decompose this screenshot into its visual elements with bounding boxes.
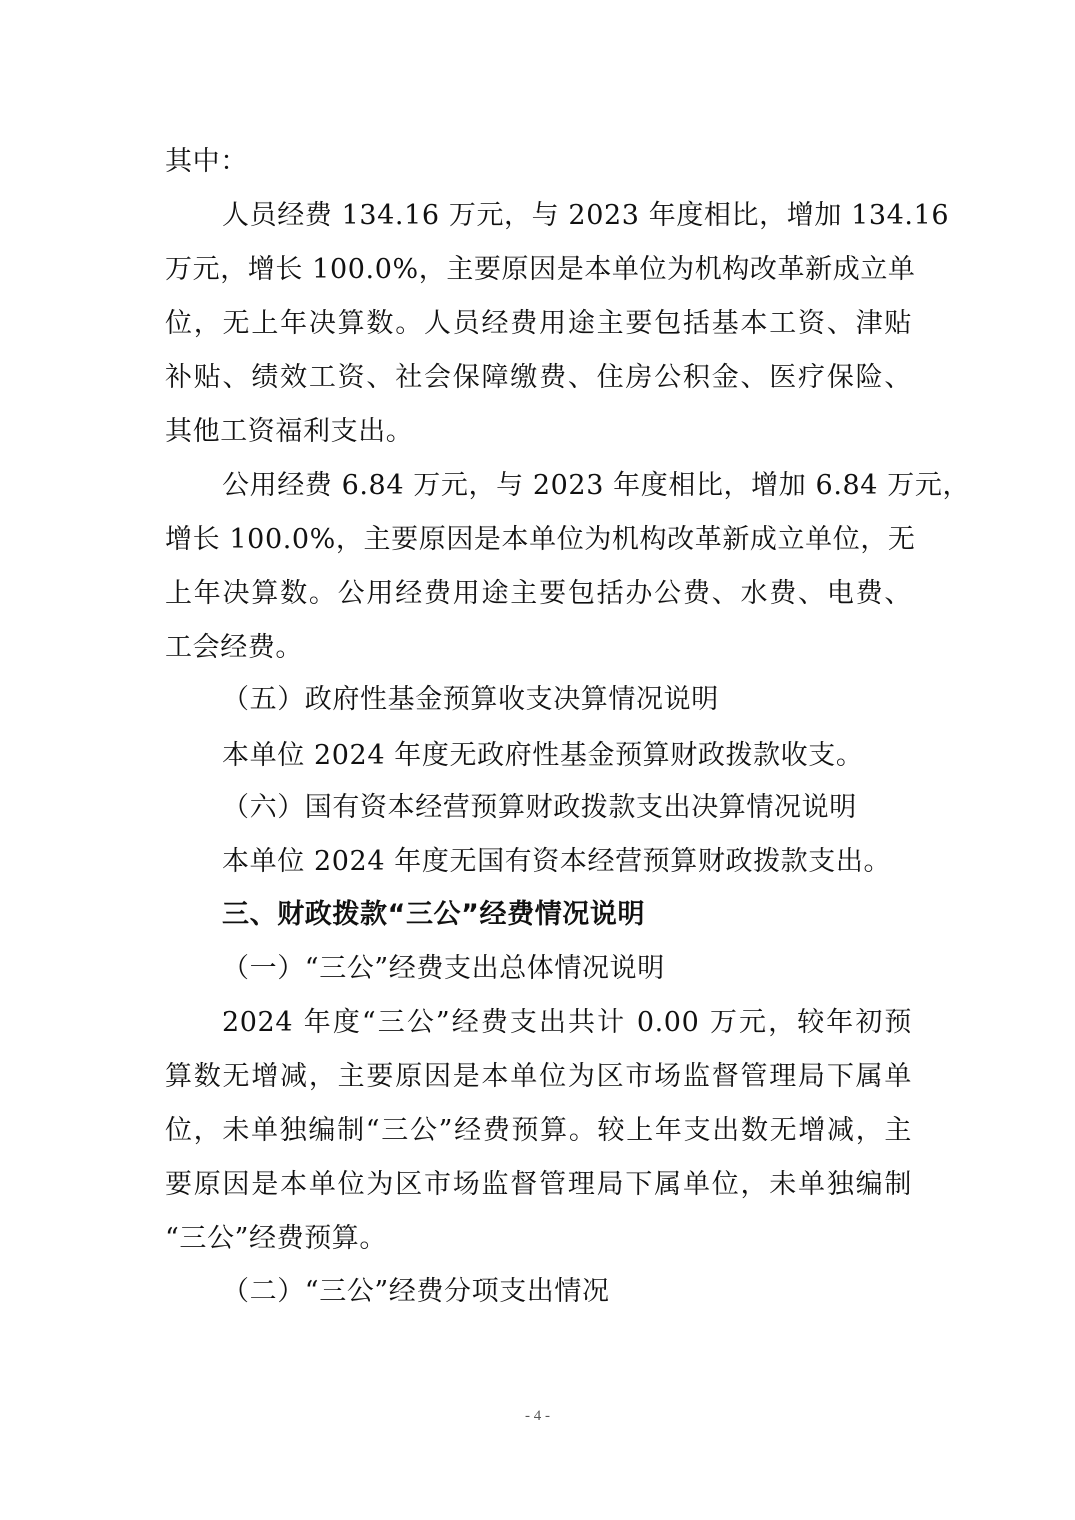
paragraph-public-expense-line-3: 上年决算数。公用经费用途主要包括办公费、水费、电费、 (165, 567, 912, 621)
paragraph-personnel-expense-line-4: 补贴、绩效工资、社会保障缴费、住房公积金、医疗保险、 (165, 351, 912, 405)
section-heading-state-capital: （六）国有资本经营预算财政拨款支出决算情况说明 (222, 781, 912, 835)
document-page: 其中： 人员经费 134.16 万元，与 2023 年度相比，增加 134.16… (0, 0, 1075, 1520)
paragraph-personnel-expense-line-3: 位，无上年决算数。人员经费用途主要包括基本工资、津贴 (165, 297, 912, 351)
section-heading-overall-expenses: （一）“三公”经费支出总体情况说明 (222, 942, 912, 996)
paragraph-public-expense-line-4: 工会经费。 (165, 621, 912, 675)
paragraph-personnel-expense-line-2: 万元，增长 100.0%，主要原因是本单位为机构改革新成立单 (165, 243, 912, 297)
paragraph-public-expense-line-1: 公用经费 6.84 万元，与 2023 年度相比，增加 6.84 万元， (222, 459, 912, 513)
paragraph-overall-expenses-line-5: “三公”经费预算。 (165, 1212, 912, 1266)
section-heading-government-fund: （五）政府性基金预算收支决算情况说明 (222, 673, 912, 727)
paragraph-overall-expenses-line-2: 算数无增减，主要原因是本单位为区市场监督管理局下属单 (165, 1050, 912, 1104)
text-line-qizhong: 其中： (165, 135, 912, 189)
paragraph-government-fund: 本单位 2024 年度无政府性基金预算财政拨款收支。 (222, 729, 912, 783)
section-heading-itemized-expenses: （二）“三公”经费分项支出情况 (222, 1265, 912, 1319)
paragraph-public-expense-line-2: 增长 100.0%，主要原因是本单位为机构改革新成立单位，无 (165, 513, 912, 567)
chapter-heading-three-public-expenses: 三、财政拨款“三公”经费情况说明 (222, 888, 912, 942)
paragraph-overall-expenses-line-4: 要原因是本单位为区市场监督管理局下属单位，未单独编制 (165, 1158, 912, 1212)
paragraph-overall-expenses-line-3: 位，未单独编制“三公”经费预算。较上年支出数无增减，主 (165, 1104, 912, 1158)
paragraph-personnel-expense-line-5: 其他工资福利支出。 (165, 405, 912, 459)
paragraph-state-capital: 本单位 2024 年度无国有资本经营预算财政拨款支出。 (222, 835, 912, 889)
paragraph-overall-expenses-line-1: 2024 年度“三公”经费支出共计 0.00 万元，较年初预 (222, 996, 912, 1050)
page-number: - 4 - (0, 1408, 1075, 1425)
paragraph-personnel-expense-line-1: 人员经费 134.16 万元，与 2023 年度相比，增加 134.16 (222, 189, 912, 243)
